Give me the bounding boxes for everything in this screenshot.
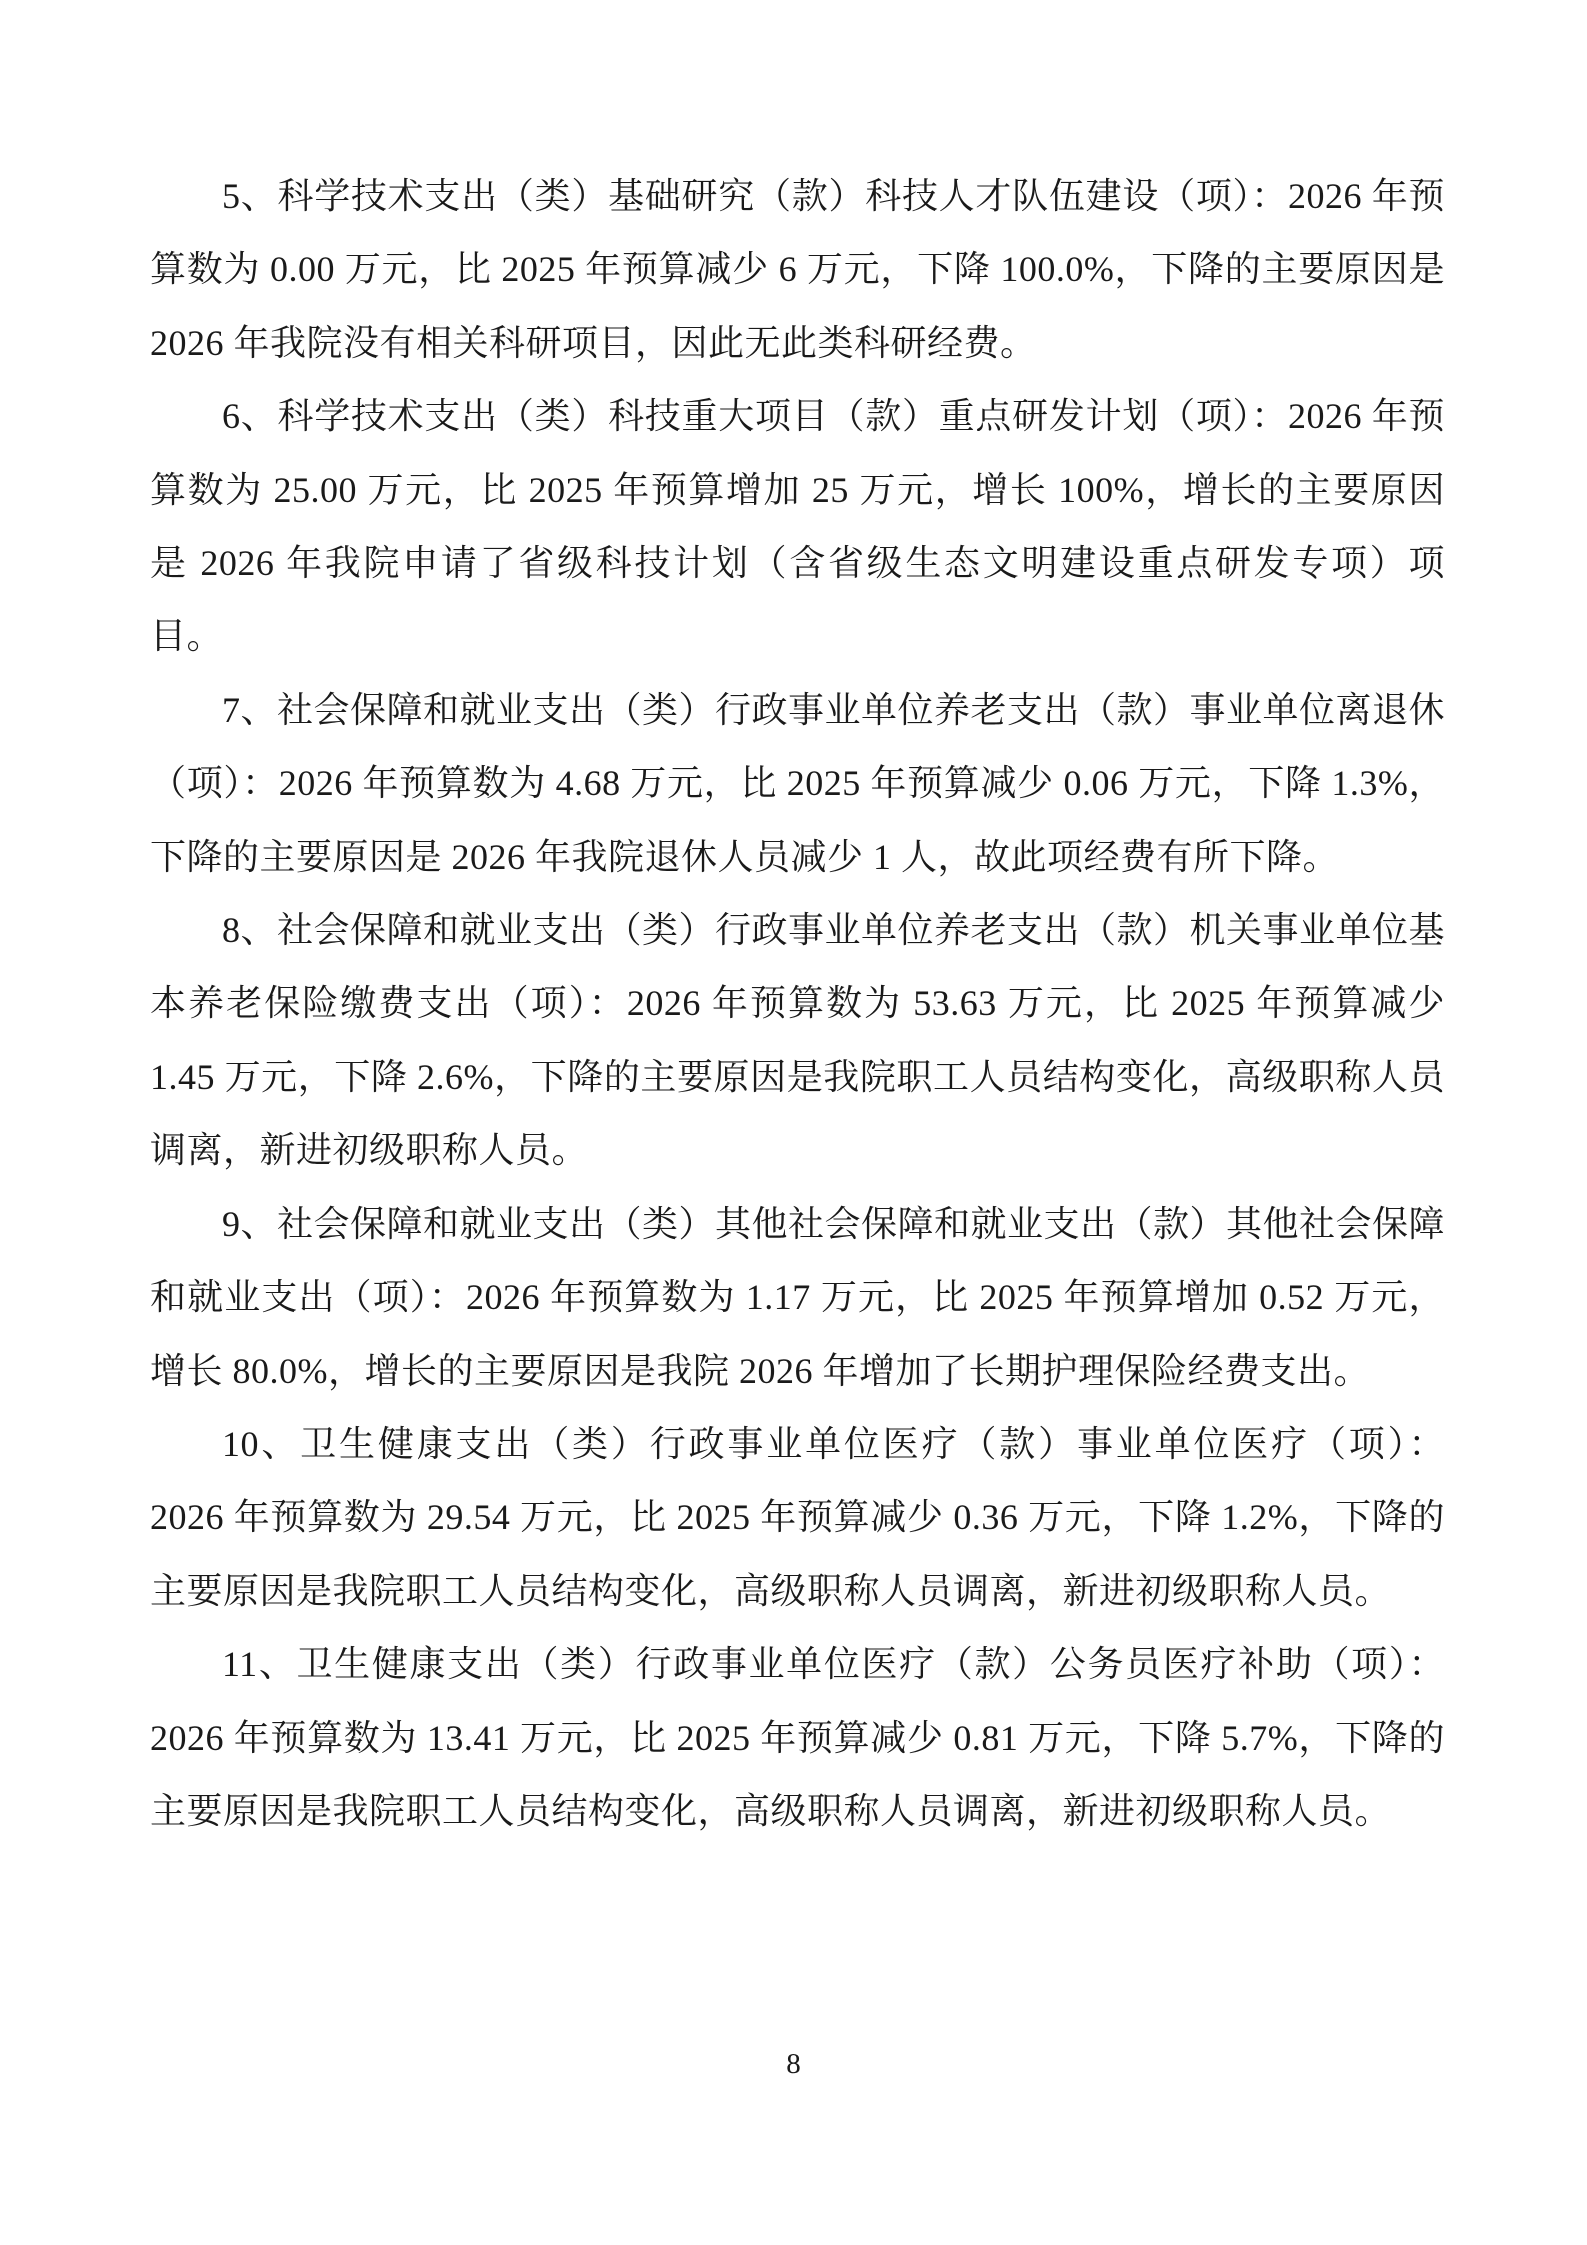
paragraph-item-5: 5、科学技术支出（类）基础研究（款）科技人才队伍建设（项）：2026 年预算数为… [150, 160, 1445, 380]
document-page: 5、科学技术支出（类）基础研究（款）科技人才队伍建设（项）：2026 年预算数为… [0, 0, 1587, 2245]
paragraph-item-9: 9、社会保障和就业支出（类）其他社会保障和就业支出（款）其他社会保障和就业支出（… [150, 1188, 1445, 1408]
paragraph-item-8: 8、社会保障和就业支出（类）行政事业单位养老支出（款）机关事业单位基本养老保险缴… [150, 894, 1445, 1188]
paragraph-item-10: 10、卫生健康支出（类）行政事业单位医疗（款）事业单位医疗（项）：2026 年预… [150, 1408, 1445, 1628]
paragraph-item-6: 6、科学技术支出（类）科技重大项目（款）重点研发计划（项）：2026 年预算数为… [150, 380, 1445, 674]
page-number: 8 [786, 2048, 801, 2080]
page-footer: 8 [0, 2048, 1587, 2080]
body-text: 5、科学技术支出（类）基础研究（款）科技人才队伍建设（项）：2026 年预算数为… [150, 160, 1445, 1848]
paragraph-item-11: 11、卫生健康支出（类）行政事业单位医疗（款）公务员医疗补助（项）：2026 年… [150, 1628, 1445, 1848]
paragraph-item-7: 7、社会保障和就业支出（类）行政事业单位养老支出（款）事业单位离退休（项）：20… [150, 674, 1445, 894]
